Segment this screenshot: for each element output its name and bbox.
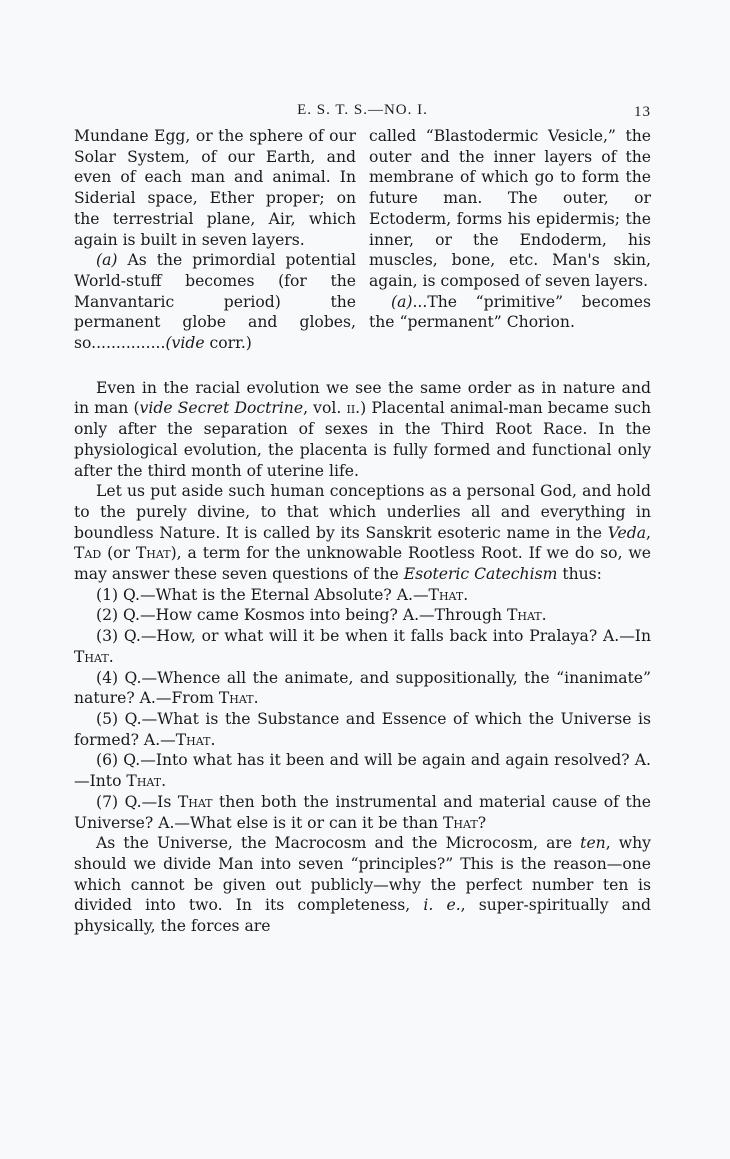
catechism-question: (7) Q.—Is That then both the instrumenta… [74,792,651,833]
two-column-notes: Mundane Egg, or the sphere of our Solar … [74,126,651,354]
catechism-question: (3) Q.—How, or what will it be when it f… [74,626,651,667]
marker: (a) [96,251,117,269]
catechism-questions: (1) Q.—What is the Eternal Absolute? A.—… [74,585,651,833]
left-note-a: (a) As the primordial potential World-st… [74,250,356,354]
paragraph-racial-evolution: Even in the racial evolution we see the … [74,378,651,482]
marker: (a) [391,293,412,311]
left-note-paragraph: Mundane Egg, or the sphere of our Solar … [74,126,356,250]
running-title: E. S. T. S.—NO. I. [74,102,651,119]
catechism-question: (6) Q.—Into what has it been and will be… [74,750,651,791]
paragraph-seven-principles: As the Universe, the Macrocosm and the M… [74,833,651,937]
paragraph-tad: Let us put aside such human conceptions … [74,481,651,585]
page-number: 13 [634,104,651,121]
right-note-a: (a)...The “primitive” becomes the “perma… [369,292,651,333]
left-column: Mundane Egg, or the sphere of our Solar … [74,126,356,354]
right-column: called “Blastodermic Vesicle,” the outer… [369,126,651,354]
book-page: E. S. T. S.—NO. I. 13 Mundane Egg, or th… [74,92,651,937]
catechism-question: (4) Q.—Whence all the animate, and suppo… [74,668,651,709]
catechism-question: (1) Q.—What is the Eternal Absolute? A.—… [74,585,651,606]
right-note-paragraph: called “Blastodermic Vesicle,” the outer… [369,126,651,292]
running-head: E. S. T. S.—NO. I. 13 [74,92,651,126]
catechism-question: (2) Q.—How came Kosmos into being? A.—Th… [74,605,651,626]
catechism-question: (5) Q.—What is the Substance and Essence… [74,709,651,750]
